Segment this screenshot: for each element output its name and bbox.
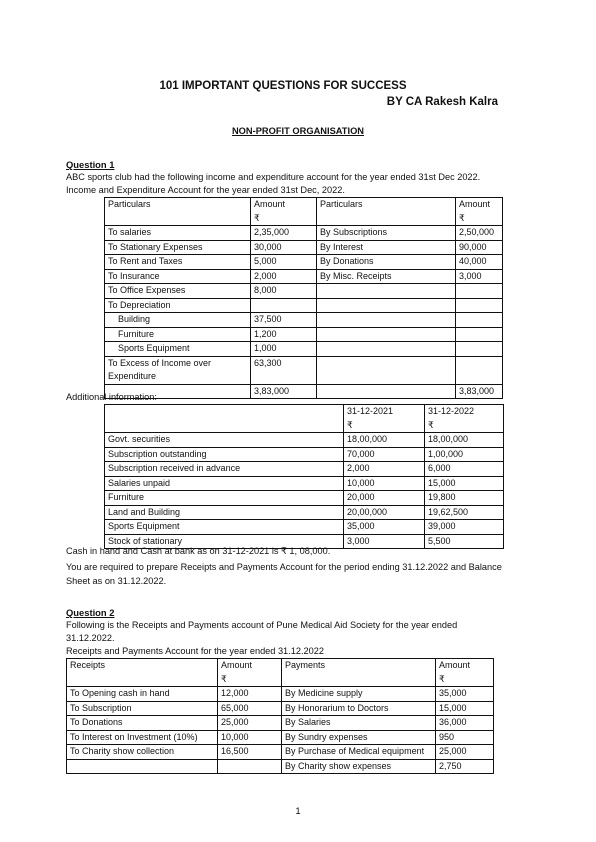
amount-cell [456, 298, 503, 313]
page-number: 1 [0, 806, 596, 817]
particulars-cell [317, 327, 456, 342]
amount-cell: 19,800 [425, 491, 504, 506]
column-header: 31-12-2021₹ [344, 405, 425, 433]
table-row: To Office Expenses8,000 [105, 284, 503, 299]
table-row: To Depreciation [105, 298, 503, 313]
amount-cell [456, 313, 503, 328]
table-row: Furniture1,200 [105, 327, 503, 342]
particulars-cell [317, 313, 456, 328]
column-header: Amount₹ [436, 659, 494, 687]
receipt-cell: To Subscription [67, 701, 218, 716]
item-cell: Sports Equipment [105, 520, 344, 535]
amount-cell: 15,000 [425, 476, 504, 491]
particulars-cell: Furniture [105, 327, 251, 342]
column-header: Amount₹ [218, 659, 282, 687]
table-row: To Charity show collection16,500By Purch… [67, 745, 494, 760]
amount-cell [456, 284, 503, 299]
particulars-cell: To Stationary Expenses [105, 240, 251, 255]
additional-info-table: 31-12-2021₹31-12-2022₹Govt. securities18… [104, 404, 504, 549]
table-row: To Excess of Income over Expenditure63,3… [105, 356, 503, 384]
amount-cell [218, 759, 282, 774]
column-header: Amount₹ [251, 198, 317, 226]
table-row: Land and Building20,00,00019,62,500 [105, 505, 504, 520]
item-cell: Subscription outstanding [105, 447, 344, 462]
particulars-cell [317, 298, 456, 313]
item-cell: Salaries unpaid [105, 476, 344, 491]
payment-cell: By Honorarium to Doctors [282, 701, 436, 716]
receipts-payments-table: ReceiptsAmount₹PaymentsAmount₹To Opening… [66, 658, 494, 774]
column-header: Payments [282, 659, 436, 687]
amount-cell: 2,000 [251, 269, 317, 284]
table-row: Sports Equipment35,00039,000 [105, 520, 504, 535]
amount-cell: 6,000 [425, 462, 504, 477]
amount-cell: 35,000 [344, 520, 425, 535]
table-header-row: ParticularsAmount₹ParticularsAmount₹ [105, 198, 503, 226]
amount-cell: 35,000 [436, 687, 494, 702]
amount-cell: 19,62,500 [425, 505, 504, 520]
document-author: BY CA Rakesh Kalra [387, 96, 498, 108]
total-row: 3,83,0003,83,000 [105, 384, 503, 399]
amount-cell: 40,000 [456, 255, 503, 270]
payment-cell: By Medicine supply [282, 687, 436, 702]
question-2-heading: Question 2 [66, 607, 114, 618]
particulars-cell [317, 284, 456, 299]
column-header: 31-12-2022₹ [425, 405, 504, 433]
amount-cell: 10,000 [218, 730, 282, 745]
amount-cell: 36,000 [436, 716, 494, 731]
cash-note: Cash in hand and Cash at bank as on 31-1… [66, 545, 546, 558]
column-header-label: 31-12-2021 [347, 405, 421, 419]
amount-cell: 950 [436, 730, 494, 745]
document-title: 101 IMPORTANT QUESTIONS FOR SUCCESS [0, 80, 596, 92]
payment-cell: By Sundry expenses [282, 730, 436, 745]
question-2-table-caption: Receipts and Payments Account for the ye… [66, 645, 506, 658]
amount-cell: 10,000 [344, 476, 425, 491]
amount-cell: 2,50,000 [456, 226, 503, 241]
column-header-label: 31-12-2022 [428, 405, 500, 419]
particulars-cell: By Misc. Receipts [317, 269, 456, 284]
particulars-cell: To Excess of Income over Expenditure [105, 356, 251, 384]
column-header-label: Amount [439, 659, 490, 673]
column-header: Receipts [67, 659, 218, 687]
particulars-cell: To Insurance [105, 269, 251, 284]
column-header-label: Amount [459, 198, 499, 212]
table-row: To Donations25,000By Salaries36,000 [67, 716, 494, 731]
payment-cell: By Charity show expenses [282, 759, 436, 774]
table-row: To Subscription65,000By Honorarium to Do… [67, 701, 494, 716]
amount-cell [456, 327, 503, 342]
amount-cell: 5,000 [251, 255, 317, 270]
table-row: Govt. securities18,00,00018,00,000 [105, 433, 504, 448]
table-header-row: ReceiptsAmount₹PaymentsAmount₹ [67, 659, 494, 687]
item-cell: Land and Building [105, 505, 344, 520]
amount-cell: 37,500 [251, 313, 317, 328]
rupee-symbol: ₹ [347, 419, 421, 433]
column-header-label: Payments [285, 659, 432, 673]
amount-cell: 8,000 [251, 284, 317, 299]
table-row: Building37,500 [105, 313, 503, 328]
table-row: To Opening cash in hand12,000By Medicine… [67, 687, 494, 702]
table-row: Furniture20,00019,800 [105, 491, 504, 506]
rupee-symbol: ₹ [459, 212, 499, 226]
table-row: To Rent and Taxes5,000By Donations40,000 [105, 255, 503, 270]
rupee-symbol: ₹ [254, 212, 313, 226]
amount-cell: 63,300 [251, 356, 317, 384]
particulars-cell: By Donations [317, 255, 456, 270]
receipt-cell: To Interest on Investment (10%) [67, 730, 218, 745]
amount-cell: 18,00,000 [425, 433, 504, 448]
particulars-cell: To Depreciation [105, 298, 251, 313]
table-row: To Insurance2,000By Misc. Receipts3,000 [105, 269, 503, 284]
particulars-cell: To Rent and Taxes [105, 255, 251, 270]
rupee-symbol: ₹ [439, 673, 490, 687]
additional-info-label: Additional information: [66, 391, 157, 404]
receipt-cell: To Charity show collection [67, 745, 218, 760]
amount-cell: 15,000 [436, 701, 494, 716]
column-header: Particulars [317, 198, 456, 226]
particulars-cell: To Office Expenses [105, 284, 251, 299]
amount-cell: 25,000 [436, 745, 494, 760]
column-header: Particulars [105, 198, 251, 226]
amount-cell: 2,000 [344, 462, 425, 477]
question-1-requirement: You are required to prepare Receipts and… [66, 560, 526, 588]
column-header-label: Receipts [70, 659, 214, 673]
amount-cell: 1,200 [251, 327, 317, 342]
question-1-table-caption: Income and Expenditure Account for the y… [66, 184, 546, 197]
total-amount-cell: 3,83,000 [251, 384, 317, 399]
amount-cell: 2,35,000 [251, 226, 317, 241]
column-header-label: Amount [221, 659, 278, 673]
amount-cell: 20,00,000 [344, 505, 425, 520]
receipt-cell [67, 759, 218, 774]
table-row: Subscription outstanding70,0001,00,000 [105, 447, 504, 462]
table-row: To salaries2,35,000By Subscriptions2,50,… [105, 226, 503, 241]
table-row: Subscription received in advance2,0006,0… [105, 462, 504, 477]
amount-cell: 39,000 [425, 520, 504, 535]
particulars-cell: Sports Equipment [105, 342, 251, 357]
question-1-heading: Question 1 [66, 159, 114, 170]
column-header: Amount₹ [456, 198, 503, 226]
particulars-cell: To salaries [105, 226, 251, 241]
amount-cell: 18,00,000 [344, 433, 425, 448]
table-row: Sports Equipment1,000 [105, 342, 503, 357]
amount-cell: 2,750 [436, 759, 494, 774]
amount-cell: 12,000 [218, 687, 282, 702]
rupee-symbol: ₹ [221, 673, 278, 687]
table-row: By Charity show expenses2,750 [67, 759, 494, 774]
particulars-cell [317, 342, 456, 357]
total-amount-cell: 3,83,000 [456, 384, 503, 399]
amount-cell [251, 298, 317, 313]
section-heading: NON-PROFIT ORGANISATION [0, 126, 596, 136]
item-cell: Govt. securities [105, 433, 344, 448]
particulars-cell: By Interest [317, 240, 456, 255]
table-row: Salaries unpaid10,00015,000 [105, 476, 504, 491]
column-header [105, 405, 344, 433]
table-header-row: 31-12-2021₹31-12-2022₹ [105, 405, 504, 433]
column-header-label: Particulars [320, 198, 452, 212]
payment-cell: By Purchase of Medical equipment [282, 745, 436, 760]
amount-cell: 1,000 [251, 342, 317, 357]
question-1-intro: ABC sports club had the following income… [66, 171, 546, 184]
table-row: To Interest on Investment (10%)10,000By … [67, 730, 494, 745]
amount-cell [456, 356, 503, 384]
amount-cell: 65,000 [218, 701, 282, 716]
amount-cell: 30,000 [251, 240, 317, 255]
amount-cell: 16,500 [218, 745, 282, 760]
amount-cell: 20,000 [344, 491, 425, 506]
amount-cell: 1,00,000 [425, 447, 504, 462]
particulars-cell [317, 384, 456, 399]
table-row: To Stationary Expenses30,000By Interest9… [105, 240, 503, 255]
particulars-cell: By Subscriptions [317, 226, 456, 241]
amount-cell: 25,000 [218, 716, 282, 731]
particulars-cell: Building [105, 313, 251, 328]
amount-cell [456, 342, 503, 357]
receipt-cell: To Opening cash in hand [67, 687, 218, 702]
particulars-cell [317, 356, 456, 384]
amount-cell: 70,000 [344, 447, 425, 462]
payment-cell: By Salaries [282, 716, 436, 731]
income-expenditure-table: ParticularsAmount₹ParticularsAmount₹To s… [104, 197, 503, 399]
item-cell: Furniture [105, 491, 344, 506]
rupee-symbol: ₹ [428, 419, 500, 433]
column-header-label: Amount [254, 198, 313, 212]
question-2-intro: Following is the Receipts and Payments a… [66, 619, 506, 644]
item-cell: Subscription received in advance [105, 462, 344, 477]
amount-cell: 90,000 [456, 240, 503, 255]
amount-cell: 3,000 [456, 269, 503, 284]
column-header-label: Particulars [108, 198, 247, 212]
receipt-cell: To Donations [67, 716, 218, 731]
